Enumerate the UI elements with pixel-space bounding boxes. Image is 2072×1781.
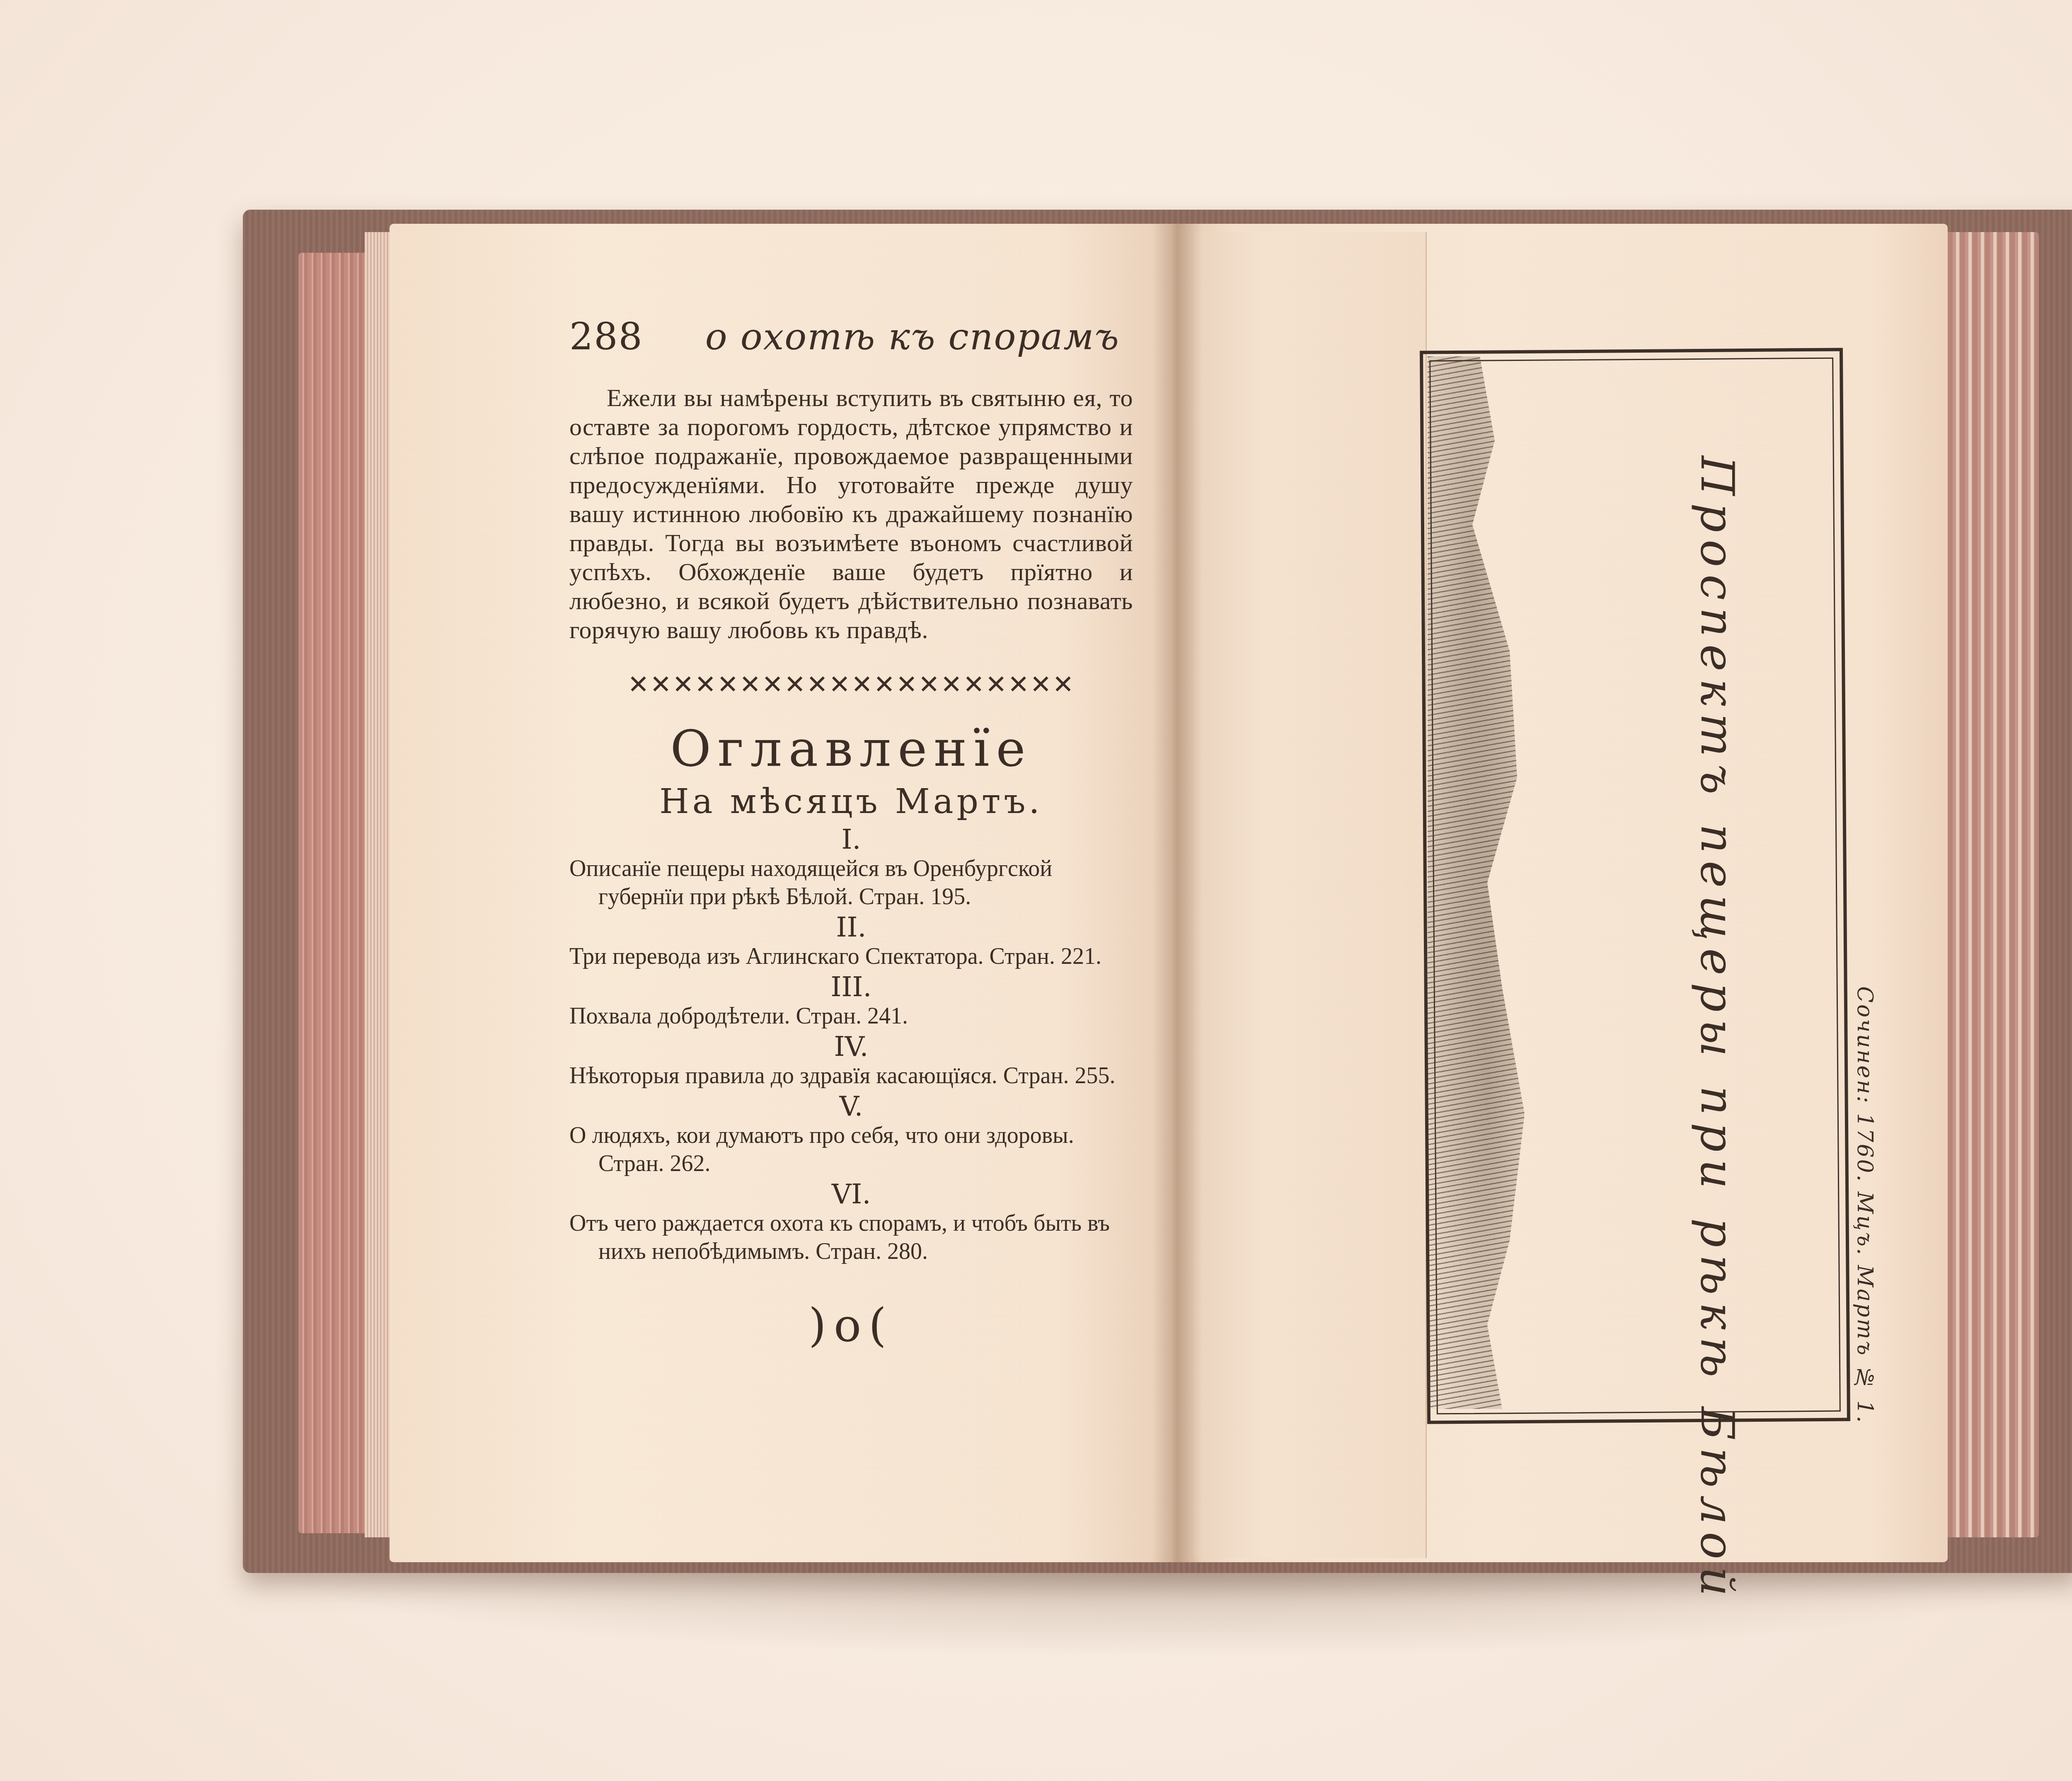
toc-numeral: V.	[569, 1092, 1133, 1120]
toc-entry: Похвала добродѣтели. Стран. 241.	[569, 1002, 1133, 1030]
right-page-edges	[1944, 232, 2039, 1537]
plate-note: Сочинен: 1760. Мцъ. Мартъ № 1.	[1852, 986, 1877, 1424]
toc-numeral: VI.	[569, 1180, 1133, 1208]
toc-numeral: IV.	[569, 1033, 1133, 1061]
end-mark-ornament: )o(	[569, 1299, 1133, 1352]
page-number: 288	[569, 315, 643, 358]
running-head: 288 о охотѣ къ спорамъ	[569, 315, 1133, 358]
running-head-title: о охотѣ къ спорамъ	[705, 315, 1120, 358]
toc-entry: О людяхъ, кои думаютъ про себя, что они …	[569, 1121, 1133, 1178]
book-gutter	[1152, 224, 1202, 1562]
toc-title: Оглавленїе	[569, 720, 1133, 778]
toc-numeral: II.	[569, 913, 1133, 941]
toc-numeral: III.	[569, 973, 1133, 1001]
toc-numeral: I.	[569, 825, 1133, 854]
toc-subtitle: На мѣсяцъ Мартъ.	[569, 782, 1133, 821]
left-page-text: 288 о охотѣ къ спорамъ Ежели вы намѣрены…	[569, 315, 1133, 1352]
toc-entry: Описанїе пещеры находящейся въ Оренбургс…	[569, 854, 1133, 911]
ornament-divider: ✕✕✕✕✕✕✕✕✕✕✕✕✕✕✕✕✕✕✕✕	[569, 669, 1133, 699]
toc-entry: Три перевода изъ Аглинскаго Спектатора. …	[569, 942, 1133, 970]
toc-entry: Отъ чего раждается охота къ спорамъ, и ч…	[569, 1209, 1133, 1266]
inserted-leaf-flap	[1193, 232, 1427, 1558]
plate-caption: Проспектъ пещеры при рѣкѣ Бѣлой	[1691, 456, 1744, 1604]
toc-entry: Нѣкоторыя правила до здравїя касающїяся.…	[569, 1062, 1133, 1090]
body-paragraph: Ежели вы намѣрены вступить въ святыню ея…	[569, 383, 1133, 644]
